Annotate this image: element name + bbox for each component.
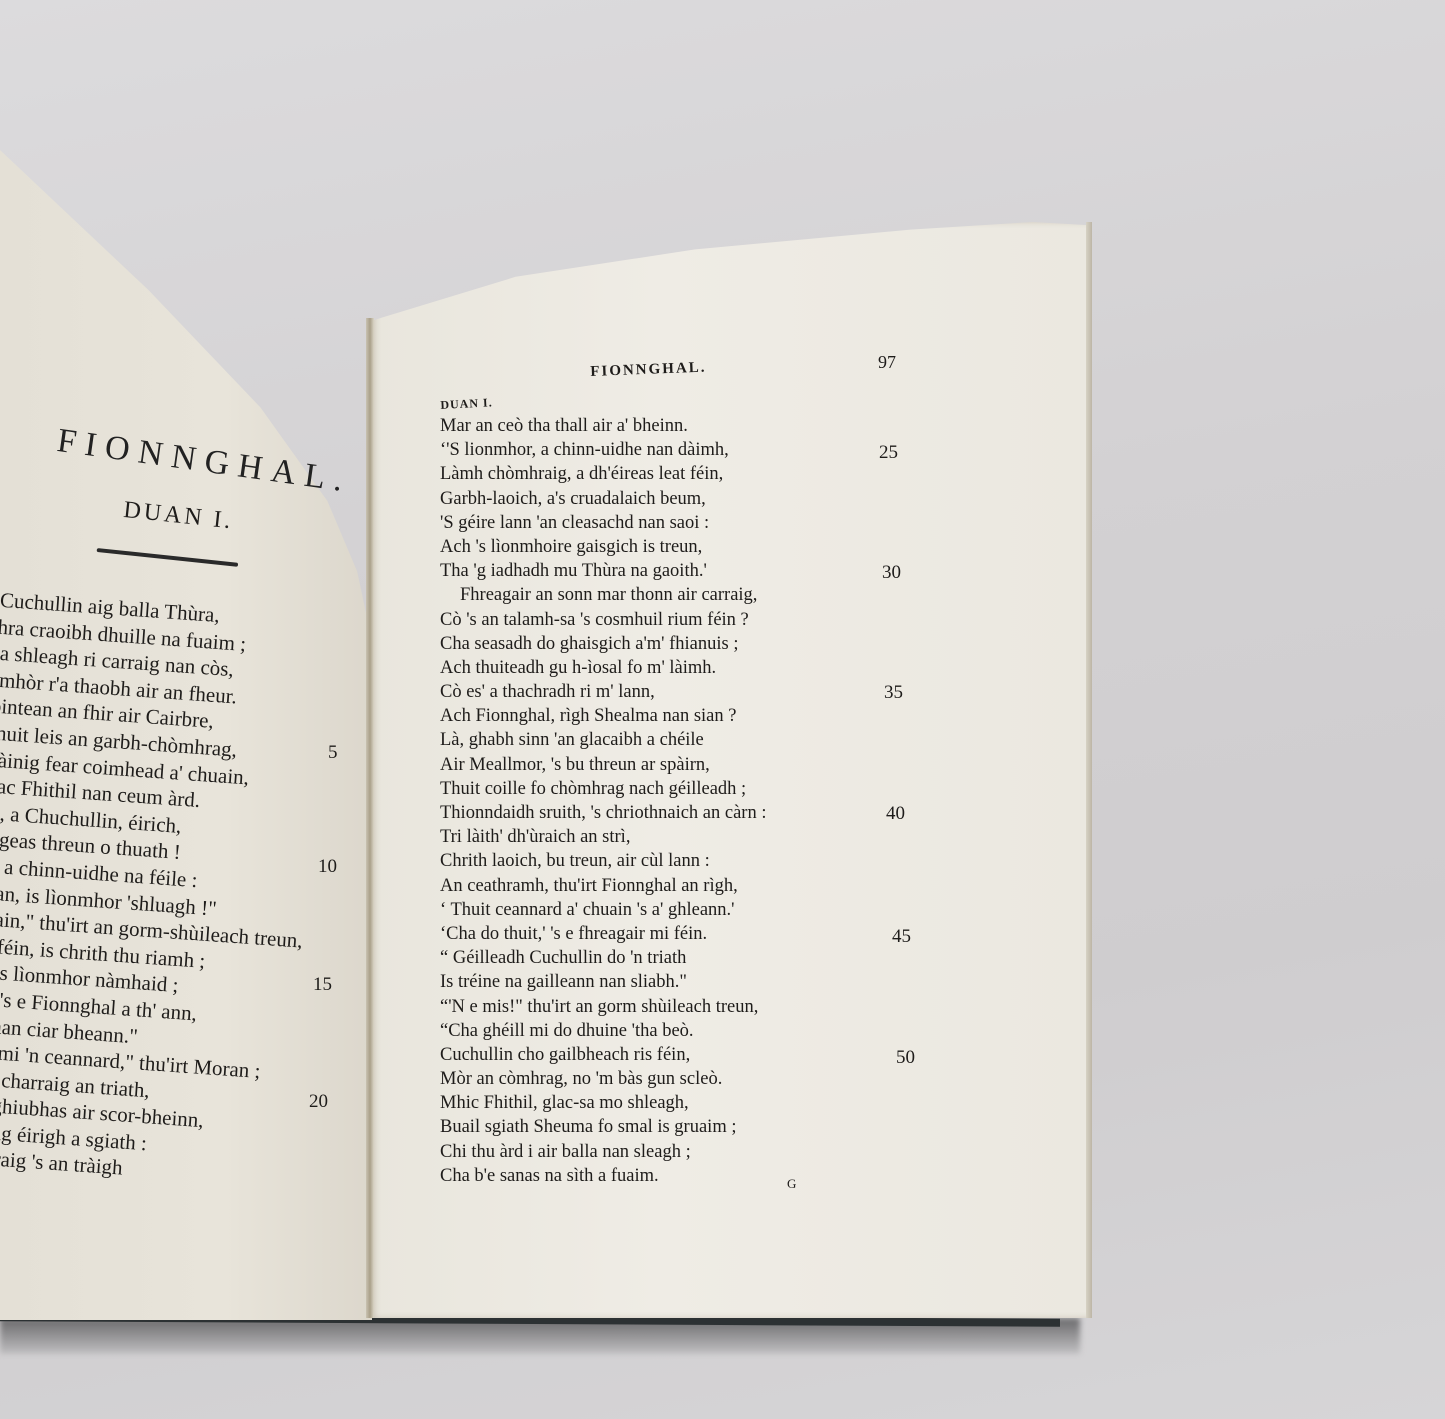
verse-line: Air Meallmor, 's bu threun ar spàirn, [440, 753, 900, 777]
line-number: 35 [884, 682, 903, 704]
line-number: 20 [309, 1091, 328, 1113]
verse-line: Cha b'e sanas na sìth a fuaim. [440, 1164, 900, 1188]
line-number: 50 [896, 1047, 915, 1069]
verse-line: ‘Cha do thuit,' 's e fhreagair mi féin. [440, 922, 900, 946]
verse-line: Ach 's lìonmhoire gaisgich is treun, [440, 535, 900, 559]
verse-line: Chrith laoich, bu treun, air cùl lann : [440, 849, 900, 873]
verse-line: Chi thu àrd i air balla nan sleagh ; [440, 1140, 900, 1164]
verse-line: Mhic Fhithil, glac-sa mo shleagh, [440, 1091, 900, 1115]
verse-line: Tha 'g iadhadh mu Thùra na gaoith.' [440, 559, 900, 583]
verse-line: Cha seasadh do ghaisgich a'm' fhianuis ; [440, 632, 900, 656]
verse-line: ‘'S lionmhor, a chinn-uidhe nan dàimh, [440, 438, 900, 462]
section-label: DUAN I. [440, 395, 493, 413]
verse-line: Ach Fionnghal, rìgh Shealma nan sian ? [440, 704, 900, 728]
left-page-verse: ı Cuchullin aig balla Thùra, bhra craoib… [0, 586, 349, 1195]
verse-line: Garbh-laoich, a's cruadalaich beum, [440, 487, 900, 511]
verse-line: An ceathramh, thu'irt Fionnghal an rìgh, [440, 874, 900, 898]
verse-line: ‘ Thuit ceannard a' chuain 's a' ghleann… [440, 898, 900, 922]
verse-line: Buail sgiath Sheuma fo smal is gruaim ; [440, 1115, 900, 1139]
verse-line: Ach thuiteadh gu h-ìosal fo m' làimh. [440, 656, 900, 680]
verse-line: Thionndaidh sruith, 's chriothnaich an c… [440, 801, 900, 825]
page-number: 97 [878, 352, 896, 373]
verse-line: “Cha ghéill mi do dhuine 'tha beò. [440, 1019, 900, 1043]
verse-line: 'S géire lann 'an cleasachd nan saoi : [440, 511, 900, 535]
verse-line: “'N e mis!" thu'irt an gorm shùileach tr… [440, 995, 900, 1019]
signature-mark: G [787, 1176, 796, 1192]
line-number: 5 [328, 742, 338, 764]
line-number: 25 [879, 442, 898, 464]
book-gutter [366, 318, 374, 1318]
right-page-verse: Mar an ceò tha thall air a' bheinn. ‘'S … [440, 414, 900, 1188]
verse-line: Làmh chòmhraig, a dh'éireas leat féin, [440, 462, 900, 486]
verse-line: Mar an ceò tha thall air a' bheinn. [440, 414, 900, 438]
verse-line: Cò es' a thachradh ri m' lann, [440, 680, 900, 704]
line-number: 15 [313, 974, 332, 996]
line-number: 10 [318, 856, 337, 878]
line-number: 30 [882, 562, 901, 584]
line-number: 40 [886, 803, 905, 825]
line-number: 45 [892, 926, 911, 948]
verse-line: Cuchullin cho gailbheach ris féin, [440, 1043, 900, 1067]
verse-line: Mòr an còmhrag, no 'm bàs gun scleò. [440, 1067, 900, 1091]
verse-line: Là, ghabh sinn 'an glacaibh a chéile [440, 728, 900, 752]
verse-line: Cò 's an talamh-sa 's cosmhuil rium féin… [440, 608, 900, 632]
verse-line: Is tréine na gailleann nan sliabh." [440, 970, 900, 994]
verse-line: Tri làith' dh'ùraich an strì, [440, 825, 900, 849]
right-page-edge [1086, 222, 1092, 1318]
verse-line: Thuit coille fo chòmhrag nach géilleadh … [440, 777, 900, 801]
verse-line: Fhreagair an sonn mar thonn air carraig, [440, 583, 900, 607]
verse-line: “ Géilleadh Cuchullin do 'n triath [440, 946, 900, 970]
